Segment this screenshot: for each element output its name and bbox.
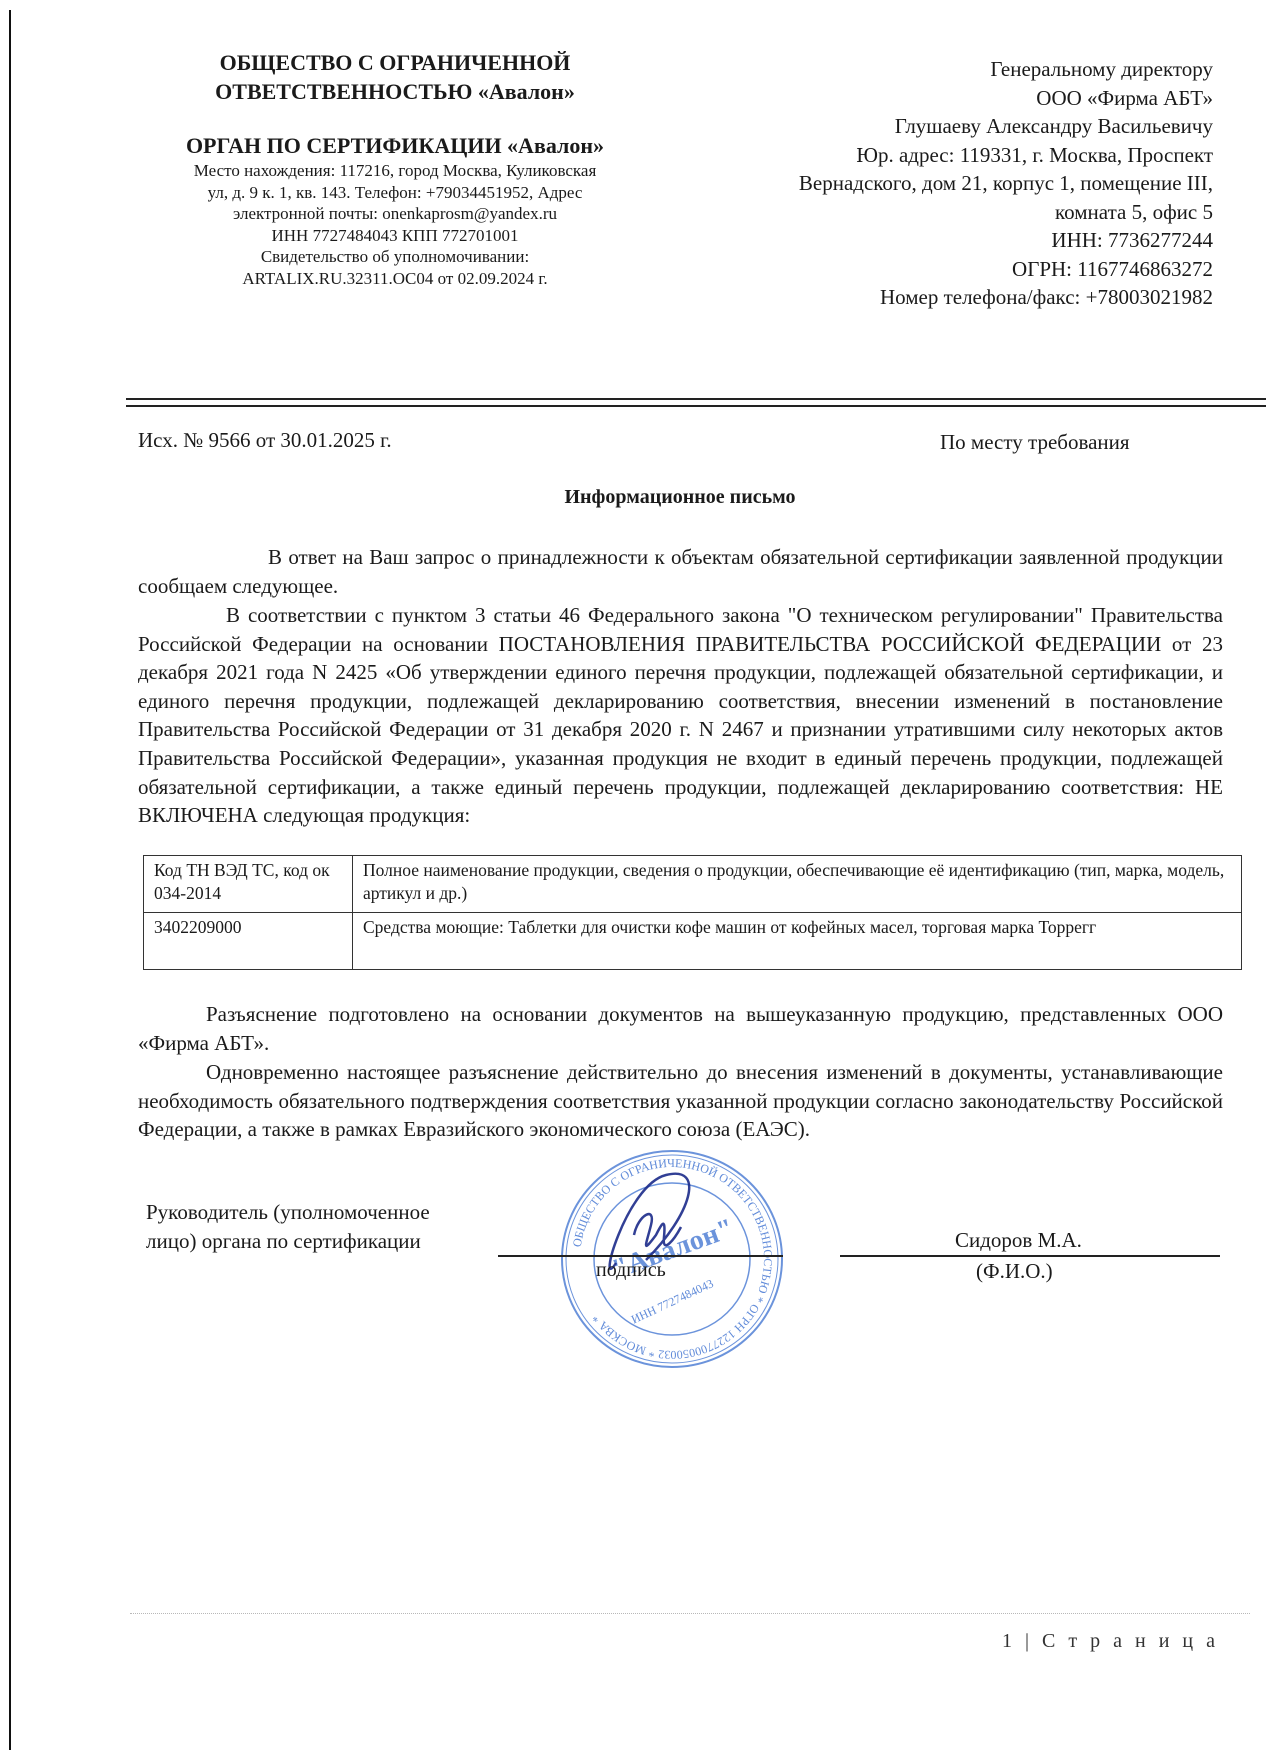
header-code: Код ТН ВЭД ТС, код ок 034-2014	[144, 856, 353, 913]
letterhead-meta-line: Свидетельство об уполномочивании:	[135, 246, 655, 268]
letterhead-meta-line: Место нахождения: 117216, город Москва, …	[135, 160, 655, 182]
signature-caption: подпись	[596, 1259, 666, 1282]
scan-edge-line	[9, 10, 11, 1750]
addressee-line: Глушаеву Александру Васильевичу	[653, 112, 1213, 141]
certification-body-title: ОРГАН ПО СЕРТИФИКАЦИИ «Авалон»	[135, 132, 655, 160]
addressee-line: Генеральному директору	[653, 55, 1213, 84]
stamp-icon: ОБЩЕСТВО С ОГРАНИЧЕННОЙ ОТВЕТСТВЕННОСТЬЮ…	[556, 1145, 788, 1373]
destination: По месту требования	[940, 430, 1130, 455]
paragraph-request: В ответ на Ваш запрос о принадлежности к…	[138, 543, 1223, 600]
signatory-name: Сидоров М.А.	[955, 1228, 1082, 1253]
outgoing-number: Исх. № 9566 от 30.01.2025 г.	[138, 428, 392, 453]
addressee-line: ОГРН: 1167746863272	[653, 255, 1213, 284]
document-title: Информационное письмо	[0, 486, 1275, 509]
letterhead-email-line: электронной почты: onenkaprosm@yandex.ru	[135, 203, 655, 225]
addressee-block: Генеральному директору ООО «Фирма АБТ» Г…	[653, 55, 1213, 312]
name-caption: (Ф.И.О.)	[976, 1259, 1053, 1284]
table-header-row: Код ТН ВЭД ТС, код ок 034-2014 Полное на…	[144, 856, 1242, 913]
signatory-role-line1: Руководитель (уполномоченное	[146, 1198, 430, 1227]
org-name-line1: ОБЩЕСТВО С ОГРАНИЧЕННОЙ	[135, 48, 655, 77]
addressee-line: Вернадского, дом 21, корпус 1, помещение…	[653, 169, 1213, 198]
addressee-line: ИНН: 7736277244	[653, 226, 1213, 255]
addressee-line: ООО «Фирма АБТ»	[653, 84, 1213, 113]
signatory-role-line2: лицо) органа по сертификации	[146, 1227, 430, 1256]
paragraph-validity: Одновременно настоящее разъяснение дейст…	[138, 1058, 1223, 1144]
signature-line	[498, 1255, 783, 1257]
addressee-line: Юр. адрес: 119331, г. Москва, Проспект	[653, 141, 1213, 170]
org-name-line2: ОТВЕТСТВЕННОСТЬЮ «Авалон»	[135, 77, 655, 106]
signatory-role: Руководитель (уполномоченное лицо) орган…	[146, 1198, 430, 1256]
letterhead-accreditation-line: ARTALIX.RU.32311.OC04 от 02.09.2024 г.	[135, 268, 655, 290]
footer-divider	[130, 1613, 1250, 1614]
addressee-line: Номер телефона/факс: +78003021982	[653, 283, 1213, 312]
letterhead: ОБЩЕСТВО С ОГРАНИЧЕННОЙ ОТВЕТСТВЕННОСТЬЮ…	[135, 48, 655, 289]
cell-code: 3402209000	[144, 913, 353, 970]
table-row: 3402209000 Средства моющие: Таблетки для…	[144, 913, 1242, 970]
letterhead-meta-line: ул, д. 9 к. 1, кв. 143. Телефон: +790344…	[135, 182, 655, 204]
seal-stamp: ОБЩЕСТВО С ОГРАНИЧЕННОЙ ОТВЕТСТВЕННОСТЬЮ…	[556, 1145, 788, 1373]
page-number: 1 | С т р а н и ц а	[1002, 1630, 1219, 1653]
header-divider-top	[126, 398, 1266, 400]
cell-description: Средства моющие: Таблетки для очистки ко…	[353, 913, 1242, 970]
letterhead-inn-line: ИНН 7727484043 КПП 772701001	[135, 225, 655, 247]
name-line	[840, 1255, 1220, 1257]
paragraph-legal-basis: В соответствии с пунктом 3 статьи 46 Фед…	[138, 601, 1223, 830]
header-description: Полное наименование продукции, сведения …	[353, 856, 1242, 913]
header-divider-bottom	[126, 405, 1266, 407]
product-table: Код ТН ВЭД ТС, код ок 034-2014 Полное на…	[143, 855, 1242, 970]
addressee-line: комната 5, офис 5	[653, 198, 1213, 227]
svg-text:ИНН 7727484043: ИНН 7727484043	[629, 1276, 716, 1326]
paragraph-basis: Разъяснение подготовлено на основании до…	[138, 1000, 1223, 1057]
